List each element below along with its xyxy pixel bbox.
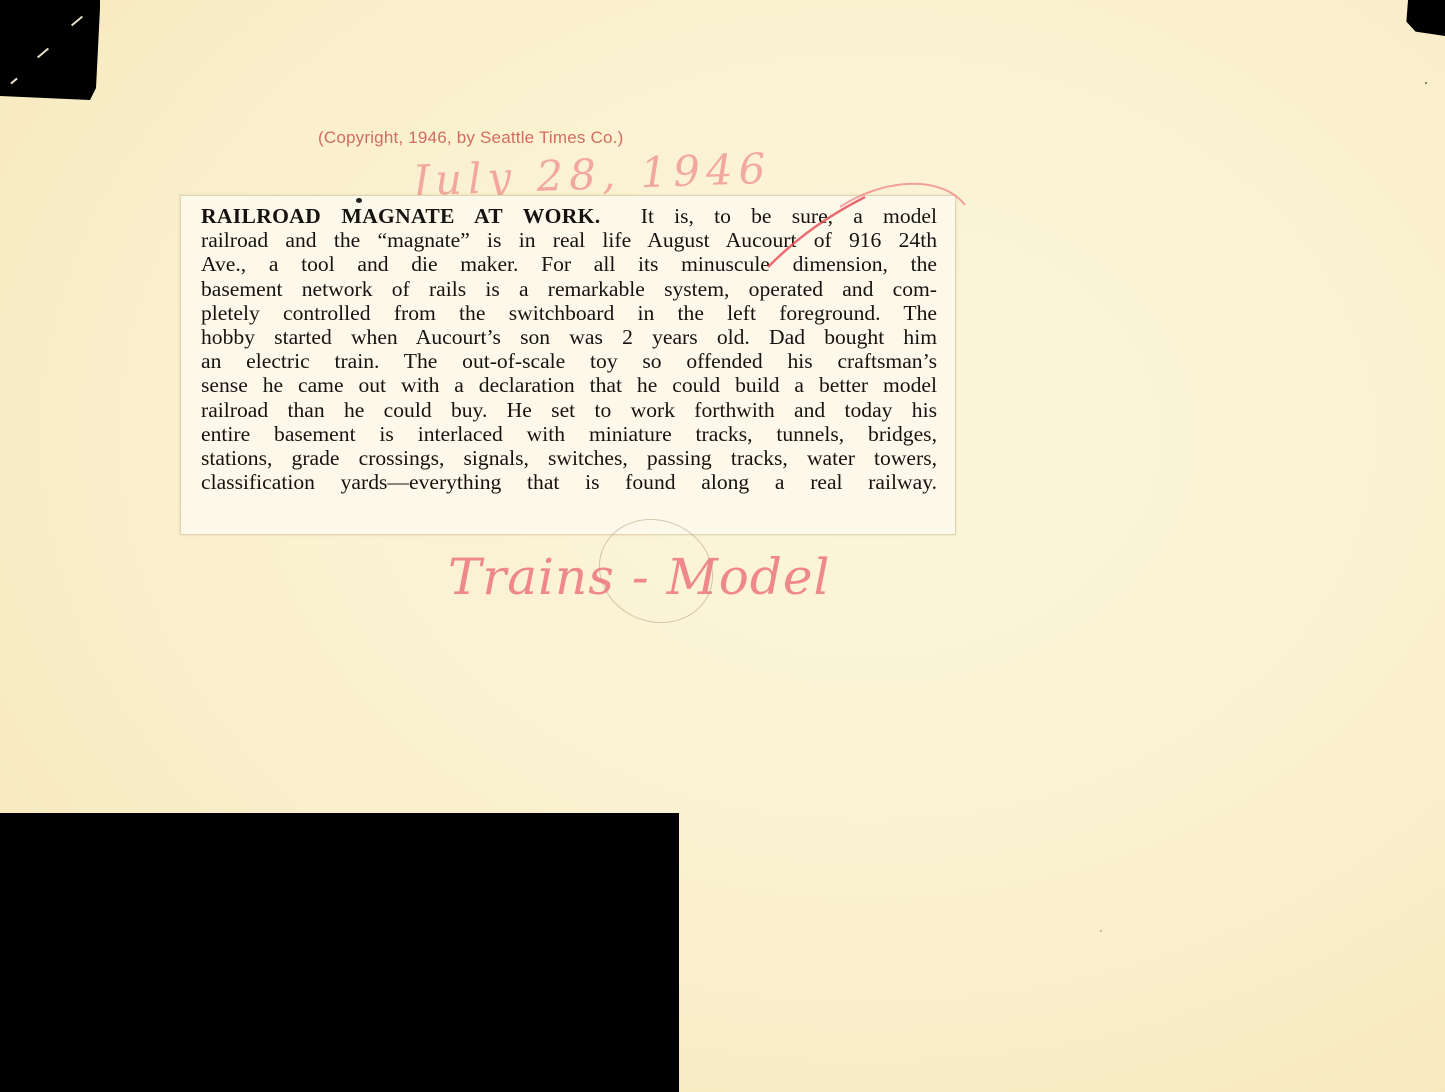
clipping-line: hobby started when Aucourt’s son was 2 y… [201, 325, 937, 349]
clipping-line: basement network of rails is a remarkabl… [201, 277, 937, 301]
ink-dot [356, 198, 362, 203]
clipping-line: entire basement is interlaced with minia… [201, 422, 937, 446]
clipping-headline: RAILROAD MAGNATE AT WORK. [201, 204, 600, 228]
clipping-line: pletely controlled from the switchboard … [201, 301, 937, 325]
paper-speck [1100, 930, 1102, 932]
black-scan-background [0, 813, 679, 1092]
paper-speck [1425, 82, 1427, 84]
scratch-mark [37, 48, 49, 59]
torn-corner-top-right [1403, 0, 1445, 36]
newspaper-clipping: RAILROAD MAGNATE AT WORK. It is, to be s… [180, 195, 956, 535]
clipping-line: classification yards—everything that is … [201, 470, 937, 494]
copyright-stamp: (Copyright, 1946, by Seattle Times Co.) [318, 128, 623, 148]
clipping-line: railroad and the “magnate” is in real li… [201, 228, 937, 252]
clipping-text: It is, to be sure, a model [641, 204, 937, 228]
scratch-mark [10, 78, 17, 85]
torn-corner-top-left [0, 0, 100, 100]
clipping-line: Ave., a tool and die maker. For all its … [201, 252, 937, 276]
handwritten-category-note: Trains - Model [448, 548, 830, 606]
clipping-line: an electric train. The out-of-scale toy … [201, 349, 937, 373]
scratch-mark [71, 16, 83, 27]
clipping-line: railroad than he could buy. He set to wo… [201, 398, 937, 422]
clipping-line-1: RAILROAD MAGNATE AT WORK. It is, to be s… [201, 204, 937, 228]
clipping-line: sense he came out with a declaration tha… [201, 373, 937, 397]
clipping-line: stations, grade crossings, signals, swit… [201, 446, 937, 470]
